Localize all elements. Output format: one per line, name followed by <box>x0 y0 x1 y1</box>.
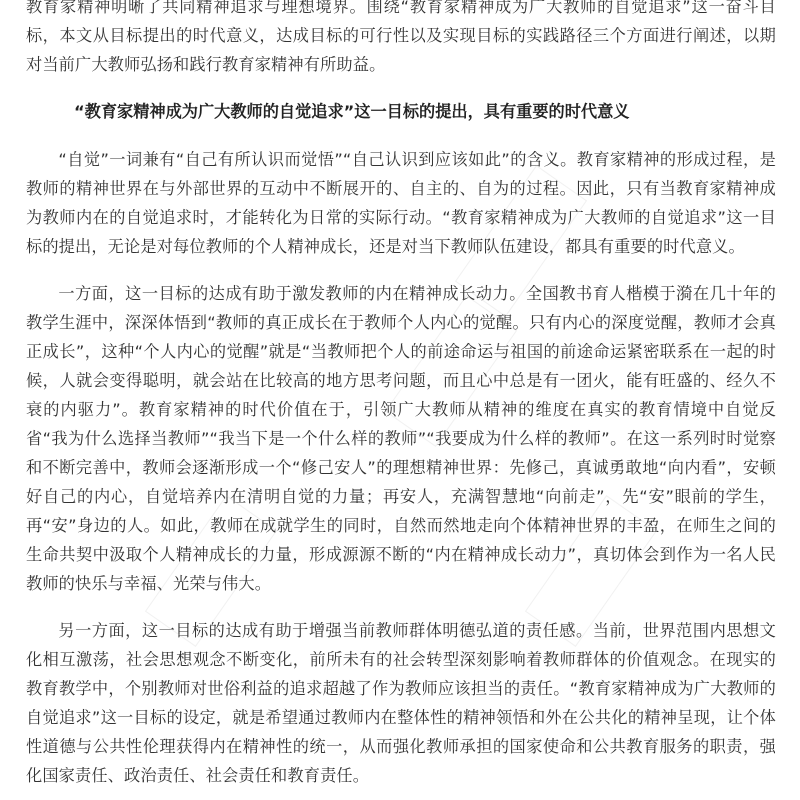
intro-paragraph: 教育家精神明晰了共同精神追求与理想境界。围绕“教育家精神成为广大教师的自觉追求”… <box>26 0 776 79</box>
article-page: 教育家精神明晰了共同精神追求与理想境界。围绕“教育家精神成为广大教师的自觉追求”… <box>26 0 776 790</box>
body-paragraph-3: 另一方面，这一目标的达成有助于增强当前教师群体明德弘道的责任感。当前，世界范围内… <box>26 616 776 790</box>
section-heading: “教育家精神成为广大教师的自觉追求”这一目标的提出，具有重要的时代意义 <box>26 97 776 126</box>
body-paragraph-2: 一方面，这一目标的达成有助于激发教师的内在精神成长动力。全国教书育人楷模于漪在几… <box>26 279 776 598</box>
body-paragraph-1: “自觉”一词兼有“自己有所认识而觉悟”“自己认识到应该如此”的含义。教育家精神的… <box>26 145 776 261</box>
